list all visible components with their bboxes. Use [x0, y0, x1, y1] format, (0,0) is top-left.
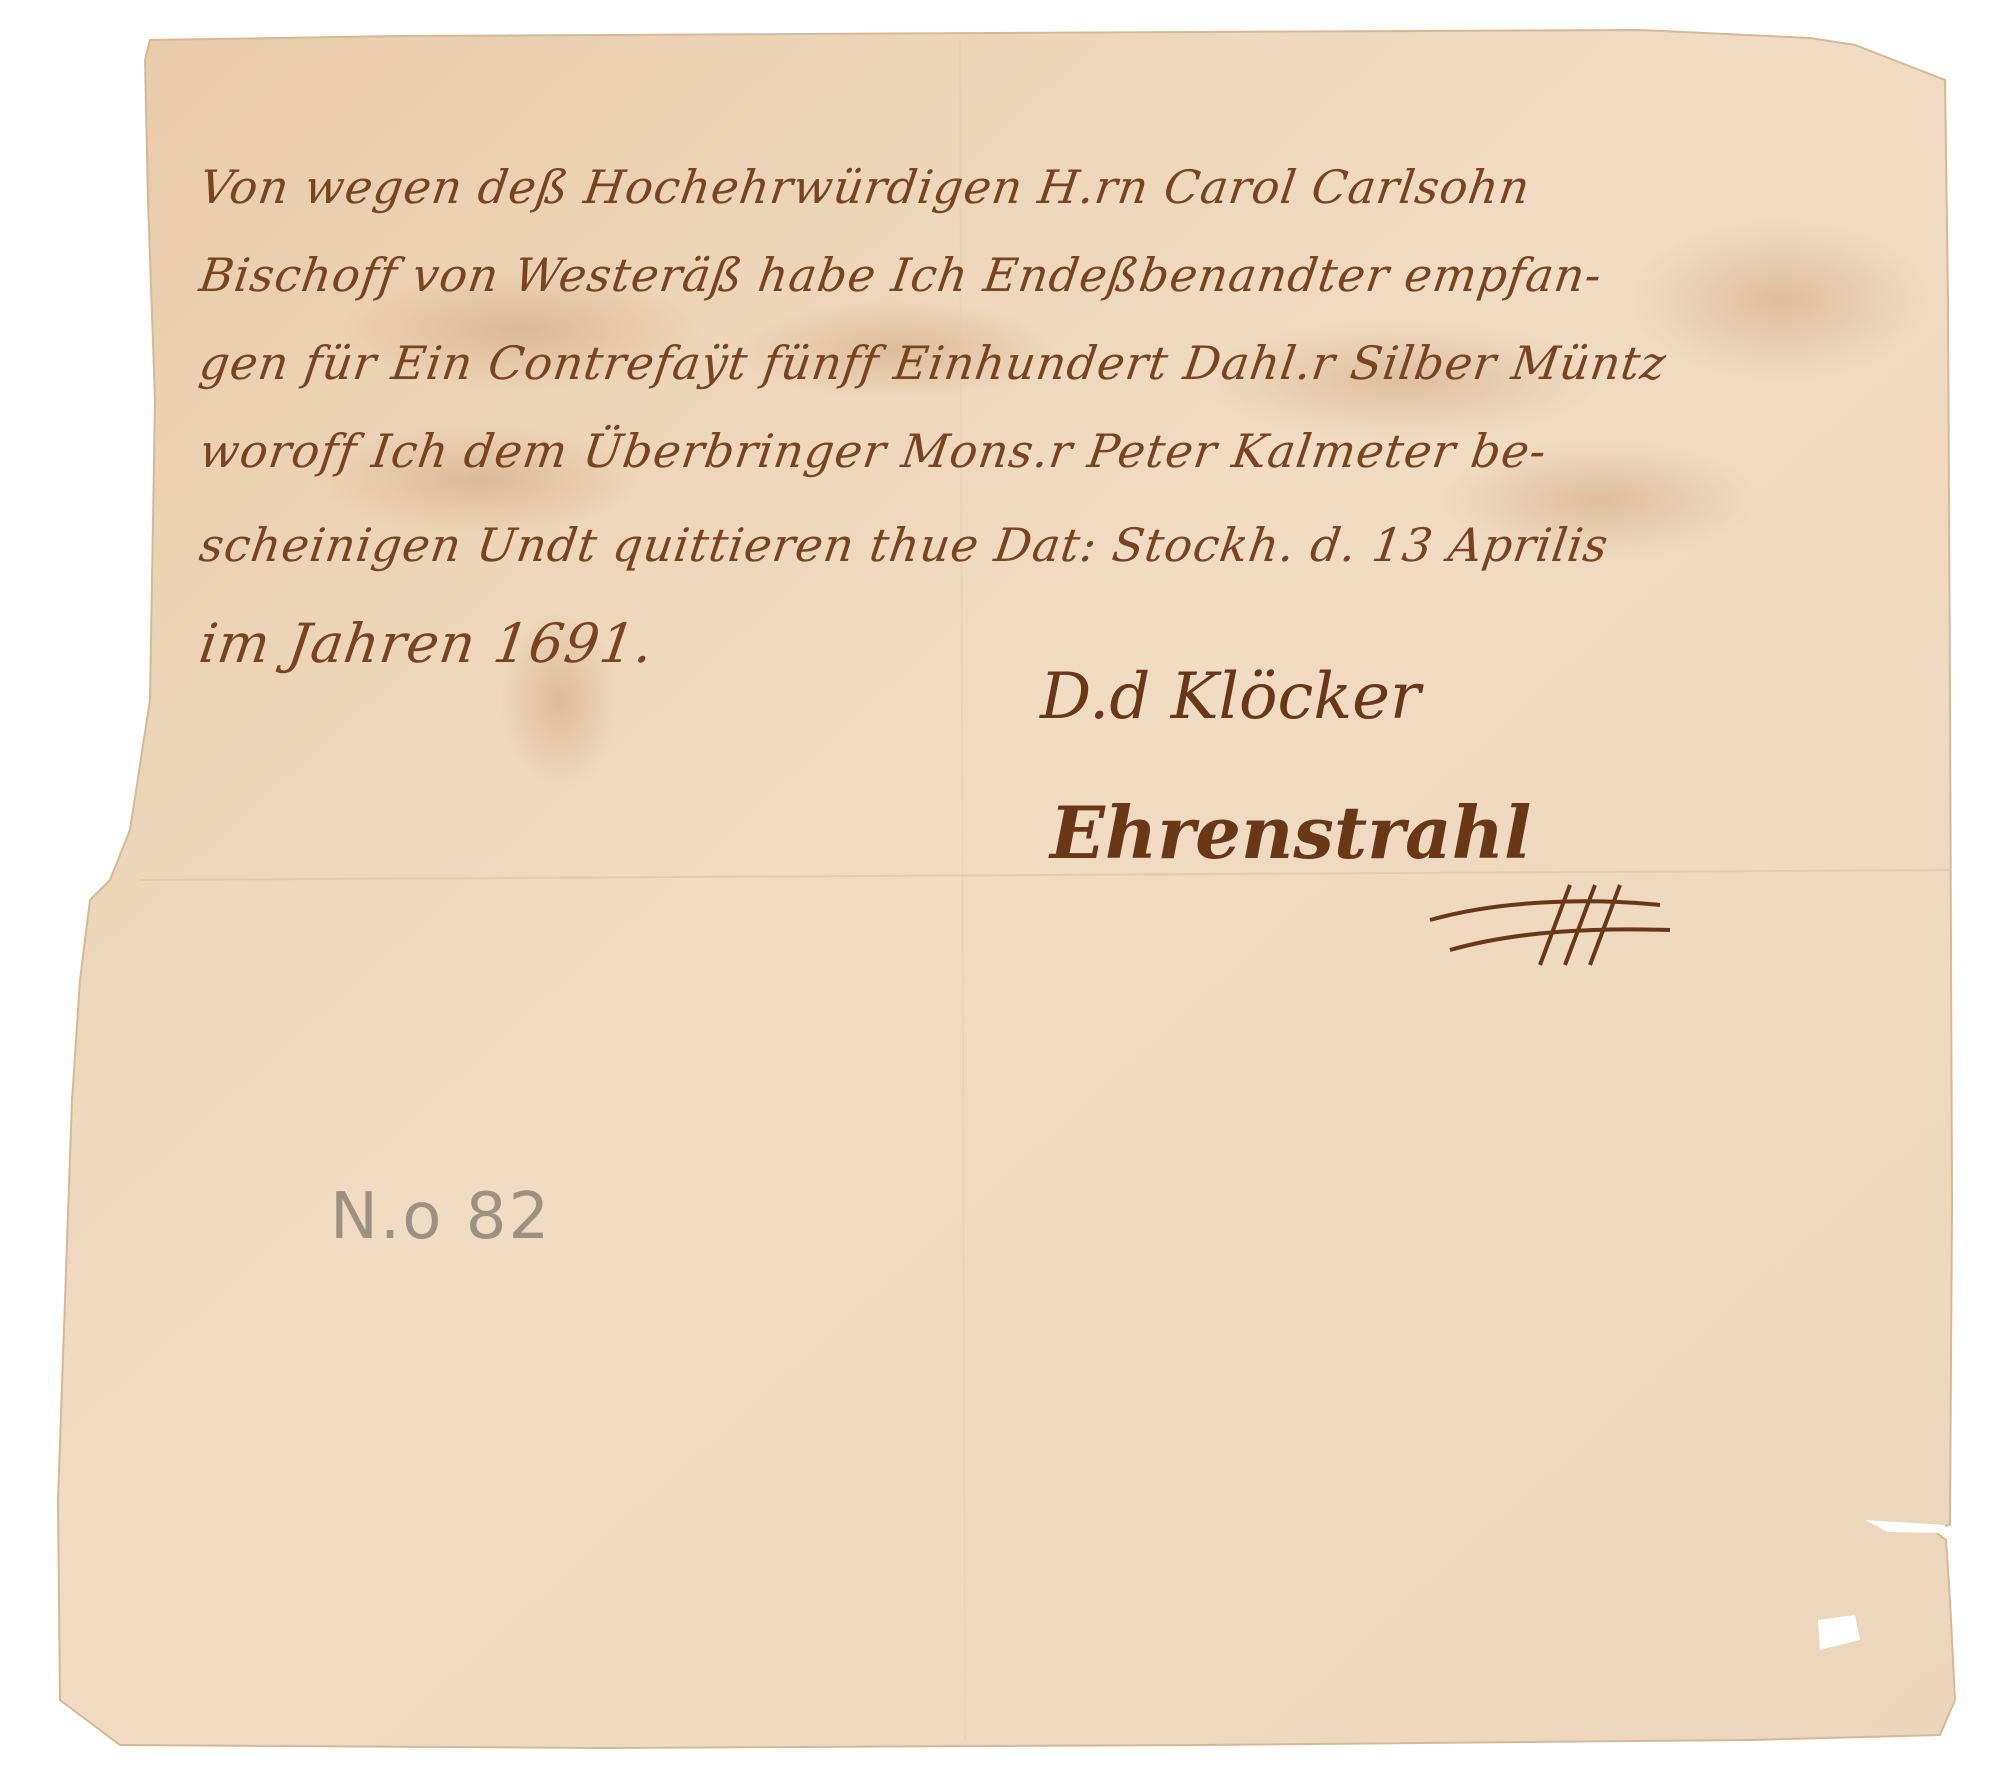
body-line-1: Von wegen deß Hochehrwürdigen H.rn Carol…	[196, 160, 1534, 214]
body-line-3: gen für Ein Contrefaÿt fünff Einhundert …	[196, 336, 1670, 390]
signature-line-2: Ehrenstrahl	[1050, 790, 1531, 875]
body-line-4: woroff Ich dem Überbringer Mons.r Peter …	[196, 424, 1550, 478]
body-line-2: Bischoff von Westeräß habe Ich Endeßbena…	[196, 248, 1605, 302]
body-line-5: scheinigen Undt quittieren thue Dat: Sto…	[196, 518, 1612, 572]
document-paper: Von wegen deß Hochehrwürdigen H.rn Carol…	[0, 0, 2000, 1769]
signature-flourish-icon	[1420, 880, 1680, 970]
pencil-catalog-number: N.o 82	[330, 1180, 551, 1254]
signature-line-1: D.d Klöcker	[1040, 660, 1421, 734]
body-line-6: im Jahren 1691.	[196, 612, 658, 675]
